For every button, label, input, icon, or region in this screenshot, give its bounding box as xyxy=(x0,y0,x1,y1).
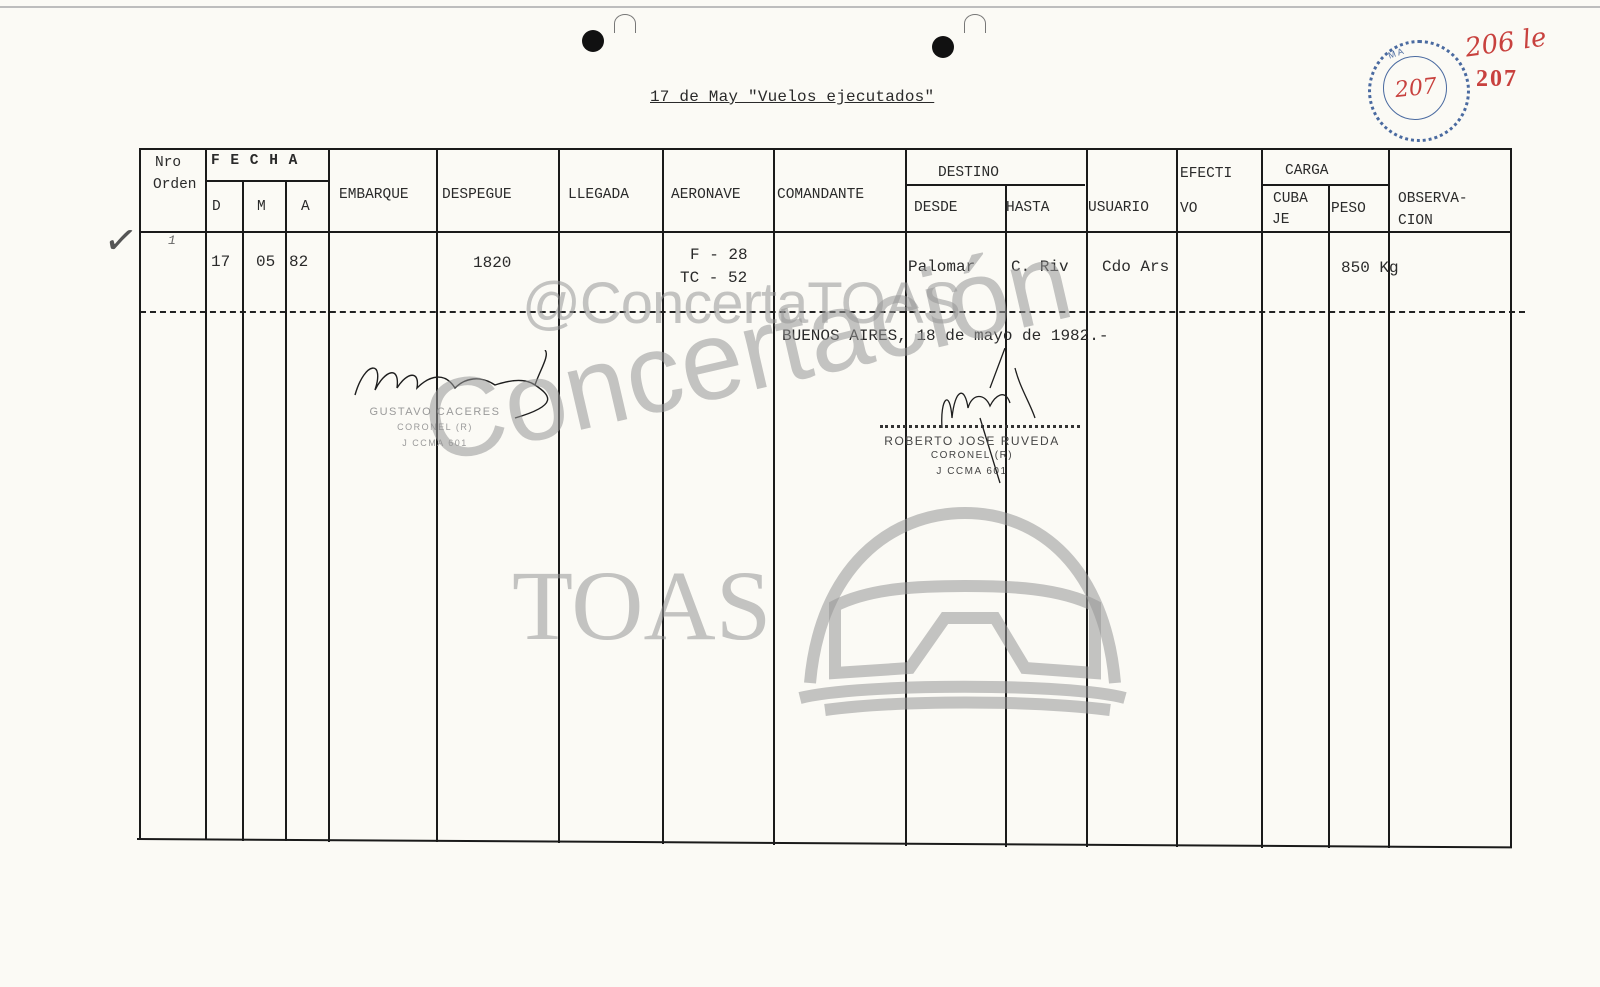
header-destino: DESTINO xyxy=(938,164,999,184)
col-line xyxy=(242,180,244,841)
col-line xyxy=(558,148,560,843)
cell-nro-orden: 1 xyxy=(168,232,176,250)
paper-top-edge xyxy=(0,6,1600,8)
header-observacion-1: OBSERVA- xyxy=(1398,190,1468,210)
header-orden: Orden xyxy=(153,176,197,196)
col-line xyxy=(1388,148,1390,848)
signature-name-caceres: GUSTAVO CACERES xyxy=(355,406,515,418)
place-date: BUENOS AIRES, 18 de mayo de 1982.- xyxy=(782,325,1108,347)
header-embarque: EMBARQUE xyxy=(339,186,409,206)
signature-rank-caceres: CORONEL (R) xyxy=(355,422,515,432)
cell-desde: Palomar xyxy=(908,256,975,278)
header-fecha-d: D xyxy=(212,198,221,218)
col-line xyxy=(436,148,438,842)
header-observacion-2: CION xyxy=(1398,212,1433,232)
header-efectivo-1: EFECTI xyxy=(1180,165,1232,185)
col-line xyxy=(328,148,330,842)
carga-divider xyxy=(1261,184,1388,186)
table-bottom-border xyxy=(137,838,1512,848)
row-dashed-separator xyxy=(140,311,1525,313)
stamp-handwritten-number: 207 xyxy=(1394,74,1438,103)
signature-rank-ruveda: CORONEL (R) xyxy=(872,450,1072,461)
checkmark-icon: ✓ xyxy=(101,216,141,266)
header-nro: Nro xyxy=(155,154,181,174)
header-efectivo-2: VO xyxy=(1180,200,1197,220)
cell-peso: 850 Kg xyxy=(1341,257,1399,279)
col-line xyxy=(205,148,207,840)
printed-page-number: 207 xyxy=(1476,66,1518,93)
punch-mark-right xyxy=(964,14,986,33)
header-carga: CARGA xyxy=(1285,162,1329,182)
signature-name-ruveda: ROBERTO JOSE RUVEDA xyxy=(872,434,1072,448)
header-despegue: DESPEGUE xyxy=(442,186,512,206)
header-fecha-a: A xyxy=(301,198,310,218)
header-usuario: USUARIO xyxy=(1088,199,1149,219)
cell-usuario: Cdo Ars xyxy=(1102,256,1169,278)
header-cubaje-1: CUBA xyxy=(1273,190,1308,210)
col-line xyxy=(139,148,141,840)
col-line xyxy=(773,148,775,845)
header-fecha: F E C H A xyxy=(211,152,298,172)
header-peso: PESO xyxy=(1331,200,1366,220)
cell-despegue: 1820 xyxy=(473,252,511,274)
cell-hasta: C. Riv xyxy=(1011,256,1069,278)
cell-day: 17 xyxy=(211,251,230,273)
table-top-border xyxy=(140,148,1512,150)
punch-mark-left xyxy=(614,14,636,33)
col-line xyxy=(1176,148,1178,847)
header-llegada: LLEGADA xyxy=(568,186,629,206)
header-fecha-m: M xyxy=(257,198,266,218)
col-line xyxy=(662,148,664,844)
header-desde: DESDE xyxy=(914,199,958,219)
col-line xyxy=(285,180,287,841)
header-aeronave: AERONAVE xyxy=(671,186,741,206)
punch-hole-left xyxy=(582,30,604,52)
cell-aeronave-2: TC - 52 xyxy=(680,267,747,289)
header-bottom-border xyxy=(140,231,1512,233)
destino-divider xyxy=(905,184,1085,186)
watermark-toas: TOAS xyxy=(512,548,771,663)
header-comandante: COMANDANTE xyxy=(777,186,864,206)
signature-unit-ruveda: J CCMA 601 xyxy=(872,466,1072,477)
header-hasta: HASTA xyxy=(1006,199,1050,219)
document-title: 17 de May "Vuelos ejecutados" xyxy=(650,88,934,106)
header-cubaje-2: JE xyxy=(1272,211,1289,231)
col-line xyxy=(1510,148,1512,848)
signature-unit-caceres: J CCMA 601 xyxy=(355,438,515,448)
cell-month: 05 xyxy=(256,251,275,273)
cell-aeronave-1: F - 28 xyxy=(690,244,748,266)
helmet-logo-icon xyxy=(780,488,1140,718)
punch-hole-right xyxy=(932,36,954,58)
fecha-divider xyxy=(205,180,328,182)
col-line xyxy=(1328,184,1330,848)
col-line xyxy=(1261,148,1263,848)
signature-dotted-line xyxy=(880,425,1080,428)
cell-year: 82 xyxy=(289,251,308,273)
handwritten-page-note: 206 le xyxy=(1463,22,1548,63)
